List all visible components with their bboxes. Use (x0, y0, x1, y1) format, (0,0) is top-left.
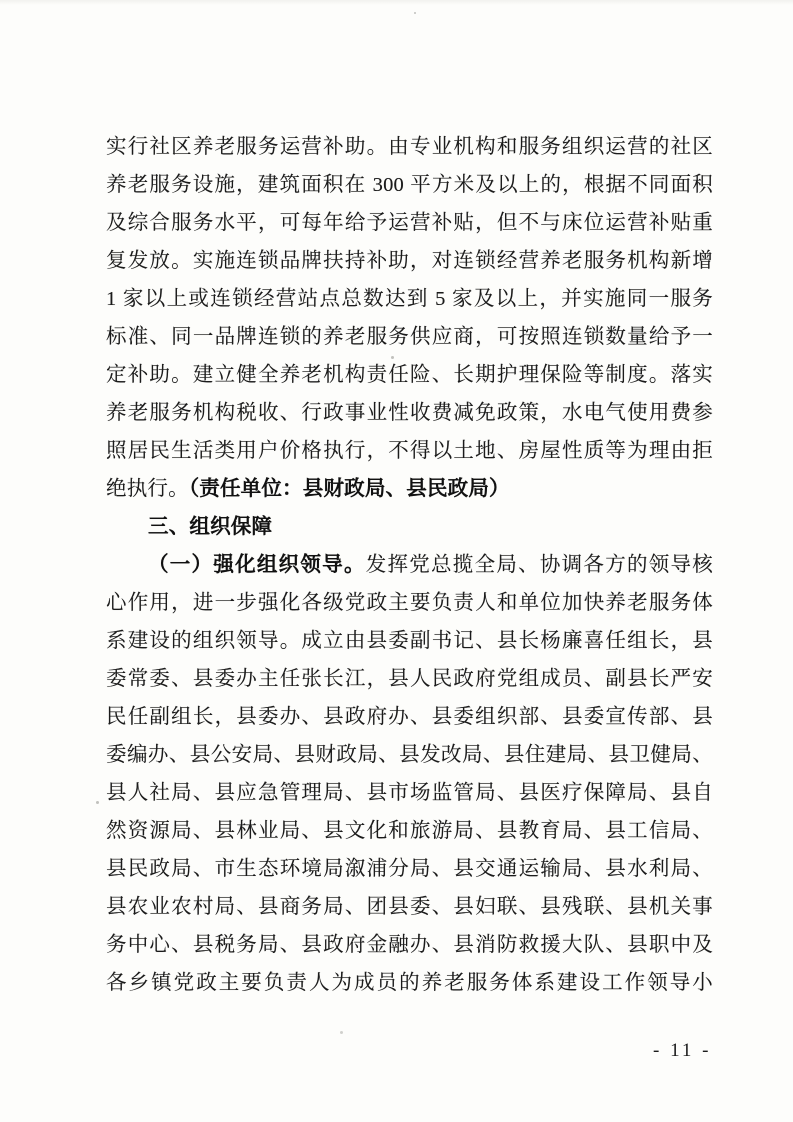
doc-line: 及综合服务水平，可每年给予运营补贴，但不与床位运营补贴重 (106, 204, 713, 242)
doc-text-run: 绝执行。 (106, 478, 189, 500)
page-number: - 11 - (653, 1040, 711, 1062)
doc-text-run: 县农业农村局、县商务局、团县委、县妇联、县残联、县机关事 (106, 896, 713, 918)
doc-line: 复发放。实施连锁品牌扶持补助，对连锁经营养老服务机构新增 (106, 242, 713, 280)
scanned-document-page: 实行社区养老服务运营补助。由专业机构和服务组织运营的社区 养老服务设施，建筑面积… (0, 0, 793, 1122)
doc-line: 各乡镇党政主要负责人为成员的养老服务体系建设工作领导小 (106, 964, 713, 1002)
doc-text-run: 县人社局、县应急管理局、县市场监管局、县医疗保障局、县自 (106, 782, 713, 804)
doc-line: 县民政局、市生态环境局溆浦分局、县交通运输局、县水利局、 (106, 850, 713, 888)
scan-speck (414, 12, 416, 14)
doc-line: 系建设的组织领导。成立由县委副书记、县长杨廉喜任组长，县 (106, 622, 713, 660)
doc-line: 务中心、县税务局、县政府金融办、县消防救援大队、县职中及 (106, 926, 713, 964)
scan-speck (391, 356, 394, 359)
doc-text-run: 县民政局、市生态环境局溆浦分局、县交通运输局、县水利局、 (106, 858, 713, 880)
doc-line: 定补助。建立健全养老机构责任险、长期护理保险等制度。落实 (106, 356, 713, 394)
doc-text-run: 务中心、县税务局、县政府金融办、县消防救援大队、县职中及 (106, 934, 713, 956)
doc-text-run: 标准、同一品牌连锁的养老服务供应商，可按照连锁数量给予一 (106, 326, 713, 348)
doc-text-run: 定补助。建立健全养老机构责任险、长期护理保险等制度。落实 (106, 364, 713, 386)
doc-line-responsible-unit: 绝执行。（责任单位：县财政局、县民政局） (106, 470, 713, 508)
doc-line: 心作用，进一步强化各级党政主要负责人和单位加快养老服务体 (106, 584, 713, 622)
doc-text-run: 照居民生活类用户价格执行，不得以土地、房屋性质等为理由拒 (106, 440, 713, 462)
doc-text-run: 各乡镇党政主要负责人为成员的养老服务体系建设工作领导小 (106, 972, 713, 994)
doc-line: 民任副组长，县委办、县政府办、县委组织部、县委宣传部、县 (106, 698, 713, 736)
doc-text-run: 然资源局、县林业局、县文化和旅游局、县教育局、县工信局、 (106, 820, 713, 842)
doc-line: 委常委、县委办主任张长江，县人民政府党组成员、副县长严安 (106, 660, 713, 698)
doc-text-run: 心作用，进一步强化各级党政主要负责人和单位加快养老服务体 (106, 592, 713, 614)
doc-text-run: 养老服务机构税收、行政事业性收费减免政策，水电气使用费参 (106, 402, 713, 424)
doc-line: 委编办、县公安局、县财政局、县发改局、县住建局、县卫健局、 (106, 736, 713, 774)
doc-line: 然资源局、县林业局、县文化和旅游局、县教育局、县工信局、 (106, 812, 713, 850)
document-text-block: 实行社区养老服务运营补助。由专业机构和服务组织运营的社区 养老服务设施，建筑面积… (106, 128, 713, 1002)
doc-line: 养老服务设施，建筑面积在 300 平方米及以上的，根据不同面积 (106, 166, 713, 204)
doc-line: 养老服务机构税收、行政事业性收费减免政策，水电气使用费参 (106, 394, 713, 432)
doc-text-run: 民任副组长，县委办、县政府办、县委组织部、县委宣传部、县 (106, 706, 713, 728)
doc-text-run: 养老服务设施，建筑面积在 300 平方米及以上的，根据不同面积 (106, 174, 713, 196)
scan-speck (340, 1031, 343, 1034)
doc-text-run: 委编办、县公安局、县财政局、县发改局、县住建局、县卫健局、 (106, 744, 713, 766)
doc-line-subsection-heading: （一）强化组织领导。发挥党总揽全局、协调各方的领导核 (106, 546, 713, 584)
responsible-unit-label: （责任单位：县财政局、县民政局） (189, 478, 510, 500)
doc-text-run: 三、组织保障 (148, 515, 272, 538)
section-heading-organizational-safeguards: 三、组织保障 (106, 508, 713, 546)
doc-text-run: 委常委、县委办主任张长江，县人民政府党组成员、副县长严安 (106, 668, 713, 690)
doc-line: 标准、同一品牌连锁的养老服务供应商，可按照连锁数量给予一 (106, 318, 713, 356)
doc-text-run: 复发放。实施连锁品牌扶持补助，对连锁经营养老服务机构新增 (106, 250, 713, 272)
scan-speck (96, 801, 99, 804)
doc-line: 实行社区养老服务运营补助。由专业机构和服务组织运营的社区 (106, 128, 713, 166)
subsection-heading-strengthen-leadership: （一）强化组织领导。 (148, 553, 366, 576)
doc-text-run: 系建设的组织领导。成立由县委副书记、县长杨廉喜任组长，县 (106, 630, 713, 652)
doc-line: 县农业农村局、县商务局、团县委、县妇联、县残联、县机关事 (106, 888, 713, 926)
doc-text-run: 1 家以上或连锁经营站点总数达到 5 家及以上，并实施同一服务 (106, 288, 713, 310)
doc-text-run: 实行社区养老服务运营补助。由专业机构和服务组织运营的社区 (106, 136, 713, 158)
doc-line: 1 家以上或连锁经营站点总数达到 5 家及以上，并实施同一服务 (106, 280, 713, 318)
doc-text-run: 发挥党总揽全局、协调各方的领导核 (366, 554, 713, 576)
doc-line: 县人社局、县应急管理局、县市场监管局、县医疗保障局、县自 (106, 774, 713, 812)
scan-speck (115, 494, 117, 496)
doc-line: 照居民生活类用户价格执行，不得以土地、房屋性质等为理由拒 (106, 432, 713, 470)
doc-text-run: 及综合服务水平，可每年给予运营补贴，但不与床位运营补贴重 (106, 212, 713, 234)
